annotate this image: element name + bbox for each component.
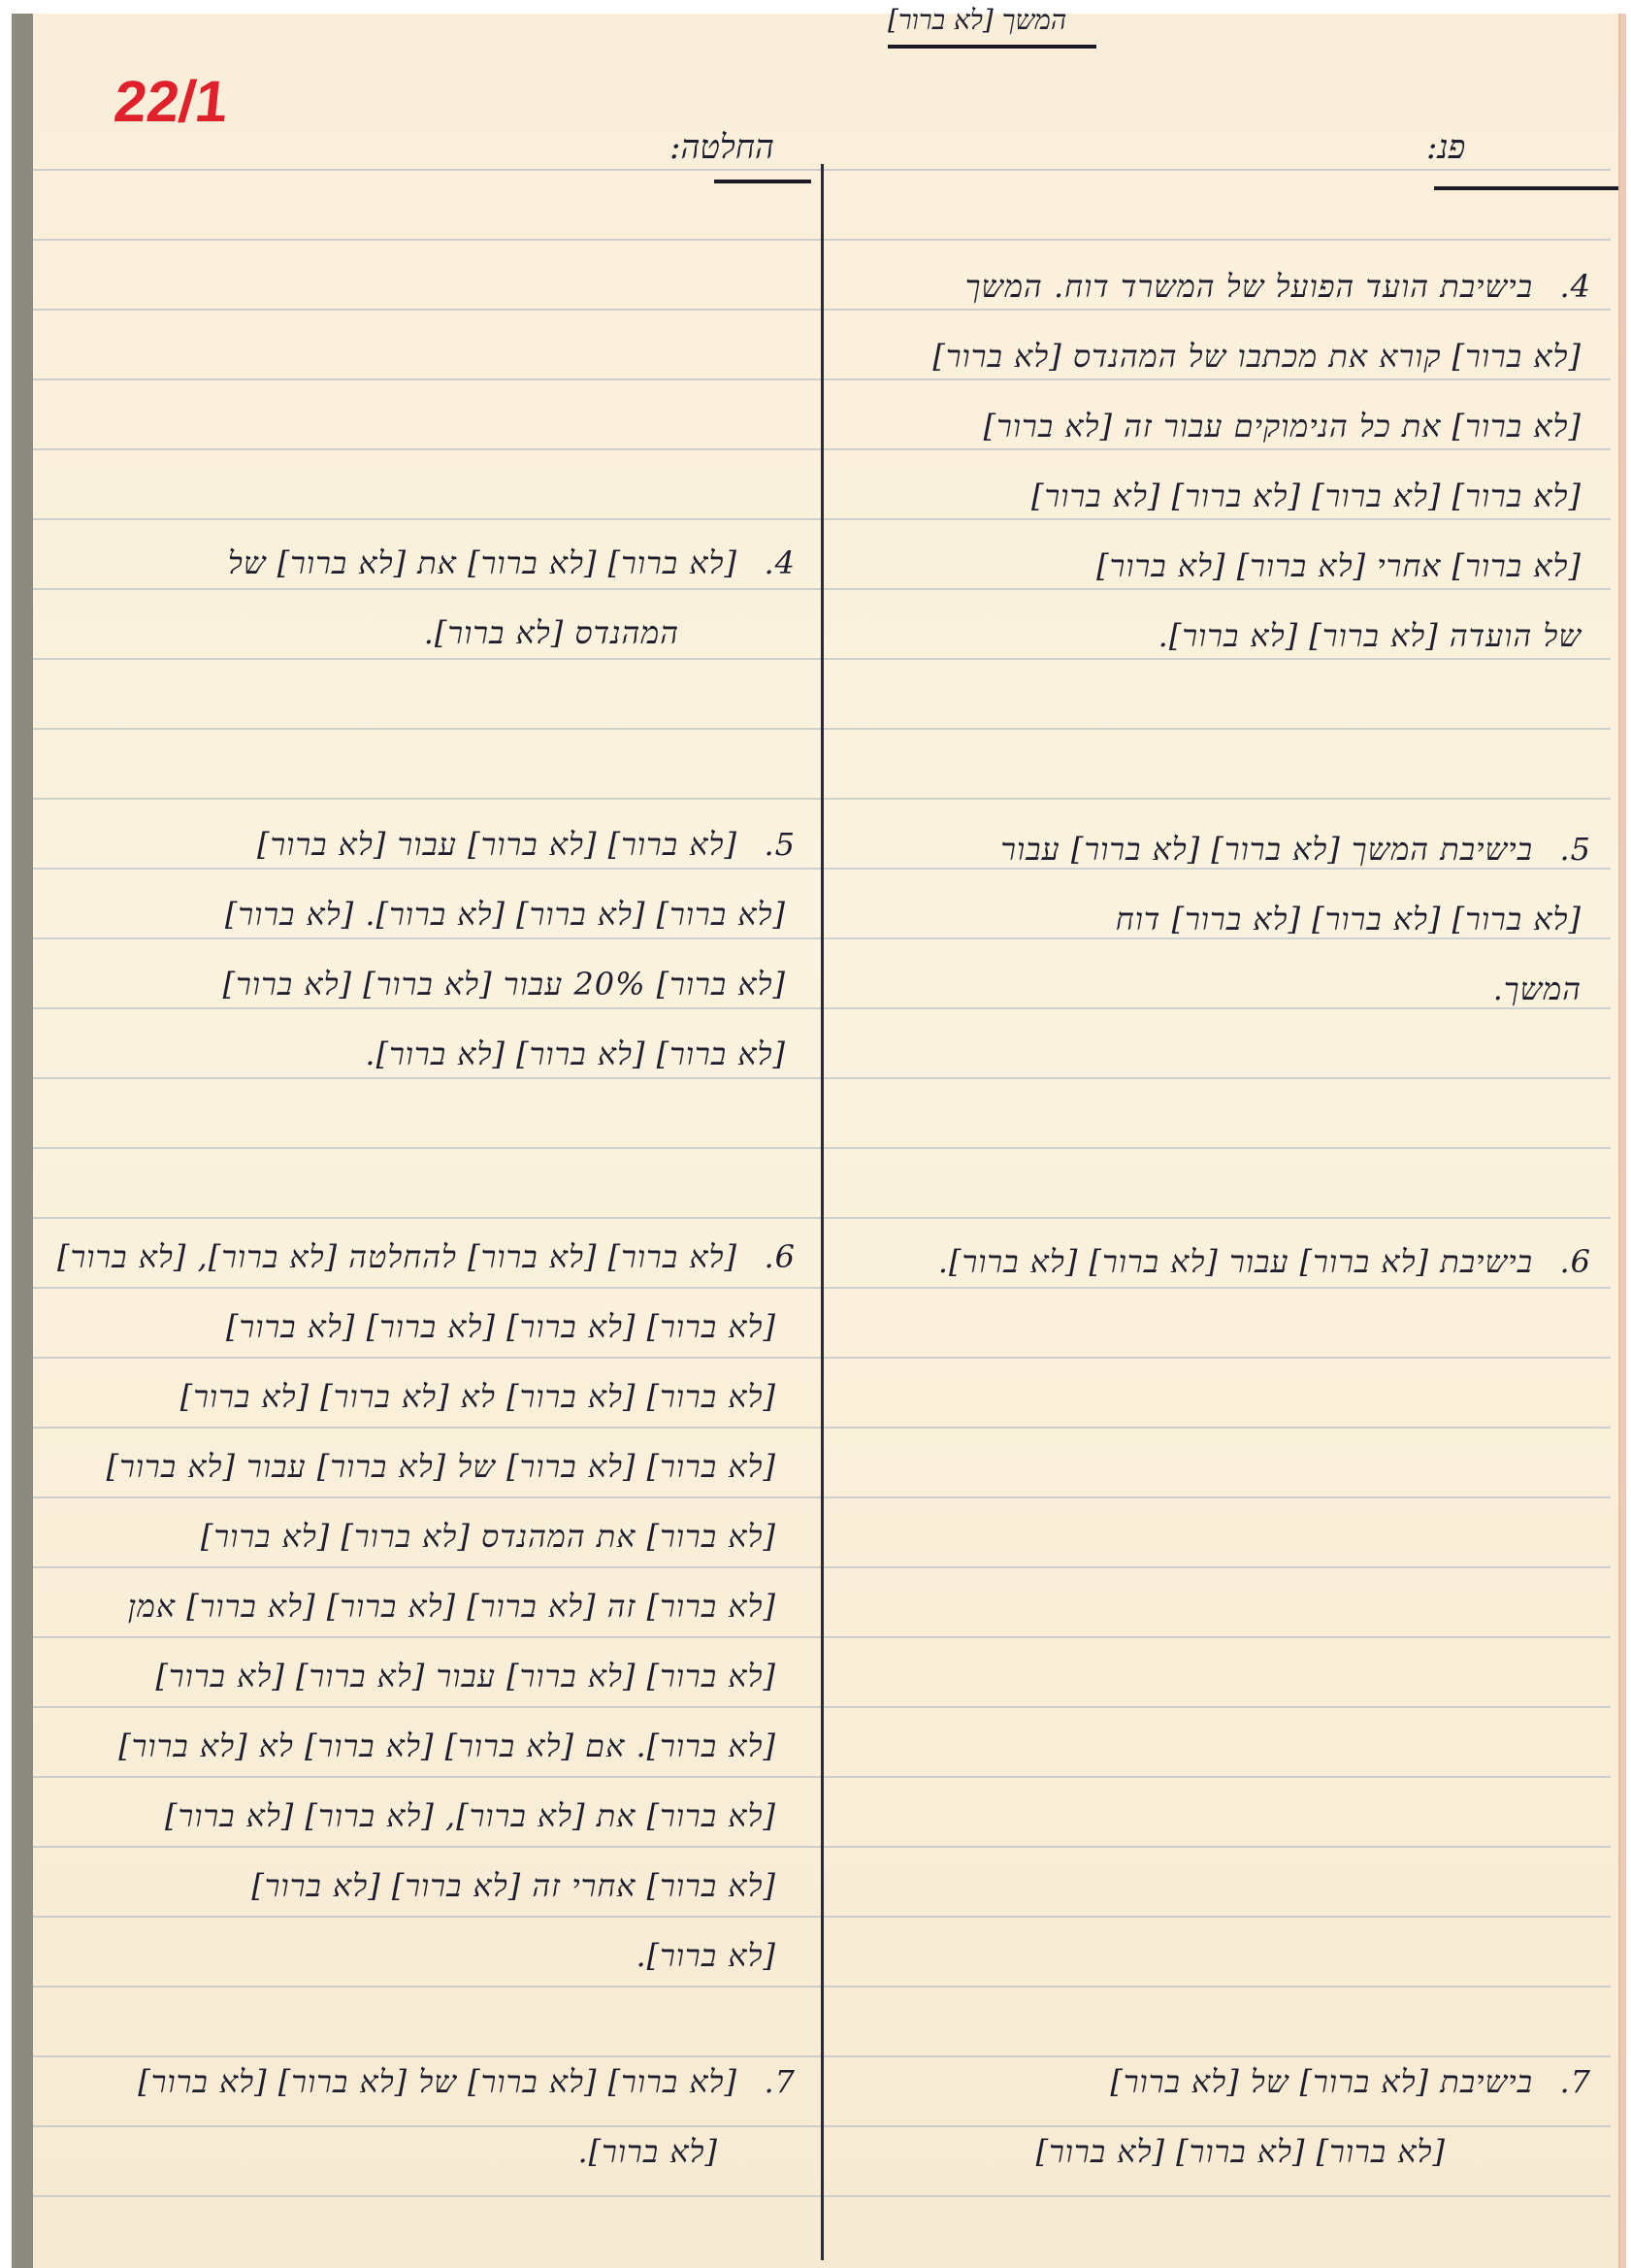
text-line: בישיבת המשך [לא ברור] [לא ברור] עבור: [1000, 830, 1533, 869]
text-line: [לא ברור] [לא ברור] [לא ברור] [לא ברור]: [1031, 477, 1582, 515]
left-header-underline: [714, 180, 811, 183]
text-line: [לא ברור].: [577, 2132, 718, 2171]
right-item-4: 4. בישיבת הועד הפועל של המשרד דוח. המשך …: [844, 267, 1591, 733]
text-line: [לא ברור] קורא את מכתבו של המהנדס [לא בר…: [932, 337, 1582, 376]
text-line: [לא ברור] [לא ברור] [לא ברור] דוח: [1116, 900, 1582, 938]
item-number: 5.: [764, 825, 796, 864]
text-line: [לא ברור] [לא ברור] עבור [לא ברור]: [257, 825, 737, 864]
text-line: [לא ברור] [לא ברור] [לא ברור] [לא ברור]: [226, 1307, 776, 1346]
right-header-underline: [1434, 186, 1618, 190]
text-line: [לא ברור] את המהנדס [לא ברור] [לא ברור]: [201, 1517, 776, 1556]
text-line: בישיבת [לא ברור] של [לא ברור]: [1110, 2062, 1533, 2101]
text-line: [לא ברור] [לא ברור] להחלטה [לא ברור], [ל…: [57, 1237, 737, 1276]
item-number: 6.: [1559, 1242, 1591, 1281]
left-column-header: החלטה:: [669, 128, 774, 167]
item-number: 7.: [764, 2062, 796, 2101]
text-line: [לא ברור] את [לא ברור], [לא ברור] [לא בר…: [165, 1796, 776, 1835]
text-line: המהנדס [לא ברור].: [424, 613, 679, 652]
left-item-5: 5. [לא ברור] [לא ברור] עבור [לא ברור] [ל…: [39, 825, 796, 1116]
text-line: [לא ברור] [לא ברור] של [לא ברור] עבור [ל…: [107, 1447, 776, 1486]
item-number: 5.: [1559, 830, 1591, 869]
text-line: [לא ברור] את כל הנימוקים עבור זה [לא ברו…: [984, 407, 1582, 445]
text-line: המשך.: [1493, 970, 1582, 1008]
title-underline: [888, 45, 1096, 49]
text-line: [לא ברור] 20% עבור [לא ברור] [לא ברור]: [223, 965, 786, 1003]
item-number: 7.: [1559, 2062, 1591, 2101]
text-line: [לא ברור] [לא ברור] [לא ברור]: [1036, 2132, 1446, 2171]
page-title: המשך [לא ברור]: [888, 4, 1066, 37]
text-line: [לא ברור] [לא ברור] את [לא ברור] של: [228, 543, 737, 582]
right-column-header: פנ:: [1426, 128, 1465, 167]
text-line: [לא ברור].: [636, 1936, 776, 1975]
left-item-7: 7. [לא ברור] [לא ברור] של [לא ברור] [לא …: [39, 2062, 796, 2208]
text-line: [לא ברור] זה [לא ברור] [לא ברור] [לא ברו…: [128, 1587, 776, 1626]
text-line: [לא ברור] [לא ברור] [לא ברור]. [לא ברור]: [225, 895, 786, 934]
item-number: 4.: [1559, 267, 1591, 306]
text-line: [לא ברור] [לא ברור] [לא ברור].: [365, 1035, 786, 1073]
right-item-7: 7. בישיבת [לא ברור] של [לא ברור] [לא ברו…: [844, 2062, 1591, 2208]
text-line: [לא ברור] אחרי [לא ברור] [לא ברור]: [1096, 546, 1582, 585]
text-line: [לא ברור] [לא ברור] של [לא ברור] [לא ברו…: [138, 2062, 737, 2101]
text-line: [לא ברור] [לא ברור] עבור [לא ברור] [לא ב…: [155, 1657, 776, 1695]
text-line: [לא ברור]. אם [לא ברור] [לא ברור] לא [לא…: [118, 1726, 776, 1765]
text-line: [לא ברור] [לא ברור] לא [לא ברור] [לא ברו…: [180, 1377, 776, 1416]
text-line: של הועדה [לא ברור] [לא ברור].: [1158, 616, 1582, 655]
text-line: בישיבת הועד הפועל של המשרד דוח. המשך: [965, 267, 1533, 306]
right-item-5: 5. בישיבת המשך [לא ברור] [לא ברור] עבור …: [844, 830, 1591, 1053]
text-line: בישיבת [לא ברור] עבור [לא ברור] [לא ברור…: [938, 1242, 1533, 1281]
left-item-4: 4. [לא ברור] [לא ברור] את [לא ברור] של ה…: [39, 543, 796, 689]
item-number: 6.: [764, 1237, 796, 1276]
column-divider: [821, 164, 824, 2260]
text-line: [לא ברור] אחרי זה [לא ברור] [לא ברור]: [251, 1866, 776, 1905]
right-item-6: 6. בישיבת [לא ברור] עבור [לא ברור] [לא ב…: [844, 1242, 1591, 1300]
left-item-6: 6. [לא ברור] [לא ברור] להחלטה [לא ברור],…: [39, 1237, 796, 1994]
folio-mark: 22/1: [111, 68, 231, 135]
item-number: 4.: [764, 543, 796, 582]
